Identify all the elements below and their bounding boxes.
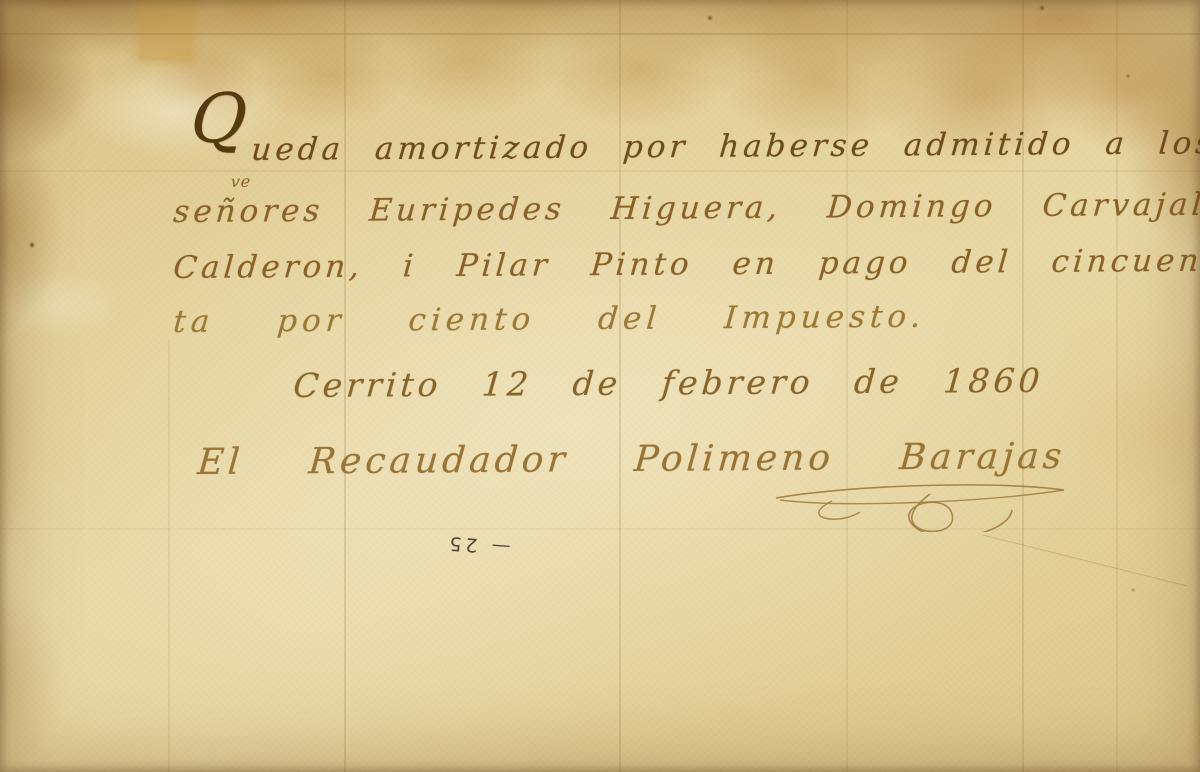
horizontal-crease — [0, 170, 1200, 172]
fold-line — [1116, 0, 1118, 772]
dateline: Cerrito 12 de febrero de 1860 — [292, 361, 1045, 405]
signature-rubric-flourish — [772, 468, 1072, 532]
manuscript-initial-capital: Q — [188, 86, 249, 154]
manuscript-line-4: ta por ciento del Impuesto. — [172, 299, 927, 340]
manuscript-line-3: Calderon, i Pilar Pinto en pago del cinc… — [172, 243, 1200, 286]
horizontal-crease — [0, 33, 1200, 35]
tape-residue — [139, 0, 193, 61]
manuscript-line-2: señores Euripedes Higuera, Domingo Carva… — [172, 187, 1200, 230]
manuscript-line-1: ueda amortizado por haberse admitido a l… — [250, 125, 1200, 168]
manuscript-scan: Q ueda amortizado por haberse admitido a… — [0, 0, 1200, 772]
fold-line — [168, 340, 170, 772]
interlinear-insertion: ve — [230, 172, 252, 191]
